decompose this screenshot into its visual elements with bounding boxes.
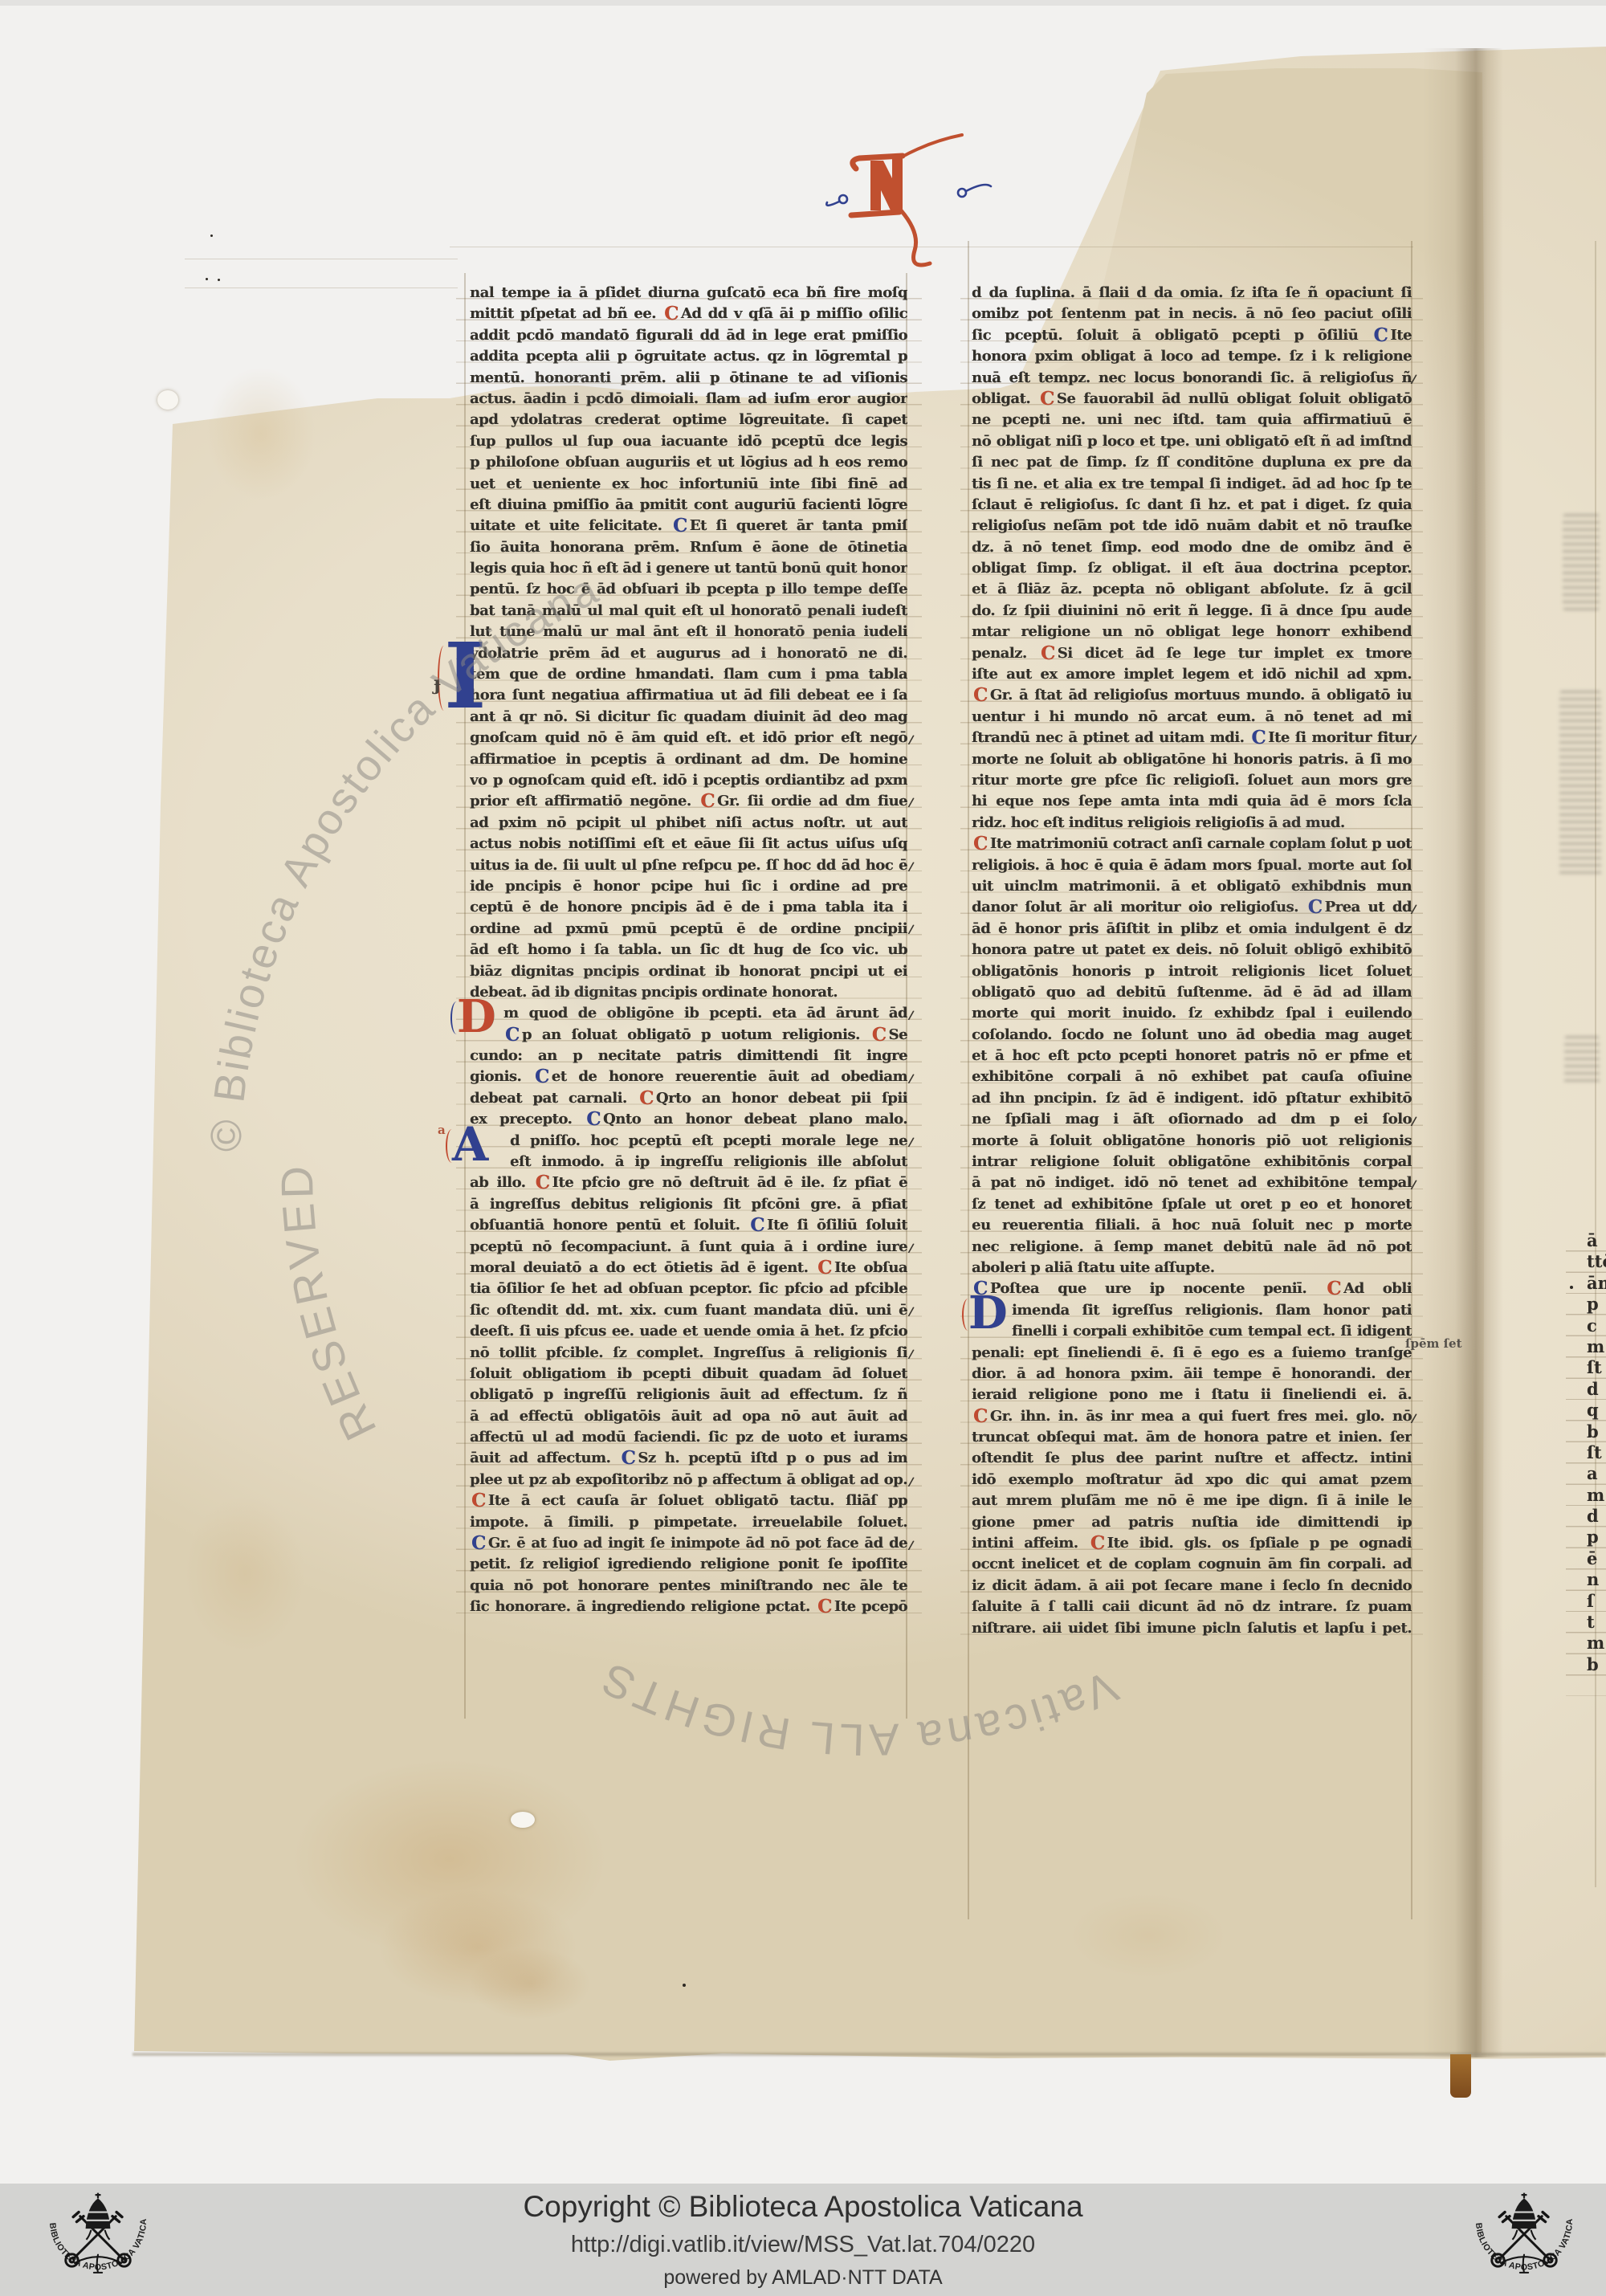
scan-top-edge [0, 0, 1606, 6]
paraph-mark: Ϲ [972, 685, 990, 706]
paraph-mark: Ϲ [503, 1025, 522, 1046]
manuscript-line: ad pxim nō pcipit ul phibet niſi actus n… [470, 813, 907, 834]
facing-page-line-fragment: m [1587, 1336, 1606, 1357]
facing-page-line-fragment: ſt [1587, 1357, 1606, 1378]
facing-page-line-fragment: ām [1587, 1273, 1606, 1294]
illuminated-initial: D [968, 1295, 1007, 1332]
manuscript-line: impote. ā ſimili. p pimpetate. irreuelab… [470, 1512, 907, 1533]
manuscript-line: debeat. ād ib dignitas pncipis ordinate … [470, 982, 907, 1003]
manuscript-line: prior eſt affirmatiō negōne. ϹGr. ſii or… [470, 791, 907, 812]
facing-page-line-fragment: n [1587, 1569, 1606, 1590]
marginal-note: ɟ [434, 671, 441, 695]
binding-leather-tab [1450, 2054, 1471, 2098]
manuscript-line: mentū. honoranti prēm. alii p ōtinane te… [470, 368, 907, 389]
footer-powered-by: powered by AMLAD·NTT DATA [0, 2266, 1606, 2290]
manuscript-line: ā ingreſſus debitus religionis ſit pfcōn… [470, 1194, 907, 1215]
facing-page-line-fragment: d [1587, 1379, 1606, 1400]
manuscript-line: penali: ept ſineliendi ē. ſi ē ego es a … [972, 1343, 1412, 1364]
manuscript-line: ridz. hoc eſt inditus religiois religioſ… [972, 813, 1412, 834]
paraph-mark: Ϲ [585, 1109, 603, 1130]
manuscript-line: addita pcepta alii p ōgruitate actus. qz… [470, 346, 907, 367]
paraph-mark: Ϲ [816, 1258, 834, 1279]
manuscript-line: iſte aut ex amore implet legem et idō ni… [972, 664, 1412, 685]
manuscript-line: eſt diuina pmiſſio āa pmitit cont auguri… [470, 495, 907, 516]
marginal-note: a [438, 1123, 446, 1137]
manuscript-line: quia nō pot honorare pentes miniſtrando … [470, 1576, 907, 1597]
paraph-mark: Ϲ [870, 1025, 889, 1046]
manuscript-line: lut tune malū ur mal ānt eſt il honoratō… [470, 622, 907, 642]
paraph-mark: Ϲ [533, 1066, 552, 1087]
manuscript-line: et ā hoc eſt pcto pcepti honoret patris … [972, 1046, 1412, 1066]
manuscript-line: nō obligat niſi p loco et tpe. uni oblig… [972, 431, 1412, 452]
manuscript-line: m quod de obligōne ib pcepti. eta ād āru… [470, 1003, 907, 1024]
manuscript-line: ieraid religione pono me i ſtatu ii ſine… [972, 1385, 1412, 1405]
manuscript-line: p philoſone obſuan auguriis et ut lōgius… [470, 452, 907, 473]
manuscript-line: ſi nec pat de ſimp. ſz ſſ conditōne dupl… [972, 452, 1412, 473]
manuscript-line: ant ā qr nō. Si dicitur ſic quadam diuin… [470, 707, 907, 728]
manuscript-line: d da ſuplina. ā ſlaii d da omia. ſz iſta… [972, 283, 1412, 304]
manuscript-line: actus nobis notiſſimi eſt et eāue ſii ſi… [470, 834, 907, 854]
manuscript-line: ād eſt homo i ſa tabla. un ſic dt hug de… [470, 940, 907, 960]
illuminated-initial: I [444, 640, 486, 714]
manuscript-line: ſtrandū nec ā ptinet ad uitam mdi. ϹIte … [972, 728, 1412, 748]
show-through-smudge [1564, 1036, 1600, 1084]
manuscript-line: apd ydolatras crederat optime lōgreuitat… [470, 410, 907, 430]
manuscript-line: eu reuerentia filiali. ā hoc nuā ſoluit … [972, 1215, 1412, 1236]
manuscript-line: debeat pat carnali. ϹQrto an honor debea… [470, 1088, 907, 1109]
manuscript-line: gione pmer ad patris nuſtia ide dimitten… [972, 1512, 1412, 1533]
manuscript-line: vo p ognoſcam quid eſt. idō i pceptis or… [470, 770, 907, 791]
manuscript-line: āuit ad affectum. ϹSz h. pceptū iſtd p o… [470, 1448, 907, 1469]
manuscript-line: ceptū ē de honore pncipis ād ē de i pma … [470, 897, 907, 918]
manuscript-line: bat tanā malū ul mal quit eſt ul honorat… [470, 601, 907, 622]
manuscript-line: legis quia hoc ñ eſt ād i genere ut tant… [470, 558, 907, 579]
manuscript-line: gionis. Ϲet de honore reuerentie āuit ad… [470, 1066, 907, 1087]
manuscript-line: cundo: an p necitate patris dimittendi ſ… [470, 1046, 907, 1066]
manuscript-line: ſio āuita honorana prēm. Rnſum ē āone de… [470, 537, 907, 558]
facing-page-line-fragment: ē [1587, 1548, 1606, 1569]
ruling-top-margin-line [185, 288, 458, 288]
manuscript-line: finelli i corpali exhibitōe cum tempal e… [972, 1321, 1412, 1342]
manuscript-line: ā ad effectū obligatōis āuit ad opa nō a… [470, 1406, 907, 1427]
illuminated-initial: A [452, 1126, 488, 1164]
paraph-mark: Ϲ [699, 791, 717, 812]
manuscript-line: ϹPoſtea que ure ip nocente peniī. ϹAd ob… [972, 1279, 1412, 1299]
facing-page-line-fragment: ttō [1587, 1251, 1606, 1272]
manuscript-line: ide pncipis ē honor pcipe hui ſic i ordi… [470, 876, 907, 897]
facing-page-line-fragment: ā [1587, 1230, 1606, 1251]
manuscript-line: moral deuiatō a do ect ōtietis ād ē igen… [470, 1258, 907, 1279]
manuscript-line: obſuantiā honore pentū et ſoluit. ϹIte ſ… [470, 1215, 907, 1236]
manuscript-line: Ϲp an ſoluat obligatō p uotum religionis… [470, 1025, 907, 1046]
pen-flourish [450, 1001, 459, 1034]
paraph-mark: Ϲ [748, 1215, 767, 1236]
manuscript-line: honora pxim obligat ā loco ad tempe. ſz … [972, 346, 1412, 367]
manuscript-line: d pniſſo. hoc pceptū eſt pcepti morale l… [470, 1131, 907, 1152]
manuscript-line: aut mrem pluſām me nō ē me ipe dign. ſi … [972, 1491, 1412, 1511]
manuscript-line: uet et ueniente ex hoc infortuniū inte ſ… [470, 474, 907, 495]
parchment-flaw [157, 390, 178, 410]
paraph-mark: Ϲ [972, 1406, 990, 1427]
manuscript-line: omibz pot ſentenm pat in necis. ā nō ſeo… [972, 304, 1412, 324]
illuminated-initial: D [457, 999, 495, 1036]
page-bottom-edge-shadow [132, 2053, 1606, 2056]
facing-page-line-fragment: m [1587, 1633, 1606, 1654]
facing-page-line-fragment: b [1587, 1421, 1606, 1442]
ink-speck [683, 1984, 686, 1987]
manuscript-line: ſic oſtendit dd. mt. xix. cum fuant mand… [470, 1300, 907, 1321]
manuscript-line: ſoluit obligatiom ib pcepti dibuit quada… [470, 1364, 907, 1385]
manuscript-line: ab illo. ϹIte pfcio gre nō deſtruit ād ē… [470, 1172, 907, 1193]
manuscript-line: coſolando. ſocdo ne ſolunt uno ād obedia… [972, 1025, 1412, 1046]
manuscript-line: uitate et uite felicitate. ϹEt ſi queret… [470, 516, 907, 536]
manuscript-line: biāz dignitas pncipis ordinat ib honorat… [470, 961, 907, 982]
manuscript-line: ex precepto. ϹQnto an honor debeat plano… [470, 1109, 907, 1130]
paraph-mark: Ϲ [620, 1448, 638, 1469]
paraph-mark: Ϲ [1372, 325, 1391, 346]
show-through-smudge [1563, 514, 1600, 610]
manuscript-line: addit pcdō mandatō figurali dd ād in leg… [470, 325, 907, 346]
facing-page-text-fragments: āttōāmpcmſtdqbſtamdpēnſtmb [1587, 1230, 1606, 1675]
manuscript-line: ād ē honor pris āſiſtit in plibz et omia… [972, 919, 1412, 940]
manuscript-line: tia ōſilior ſe het ad obſuan pceptor. ſi… [470, 1279, 907, 1299]
manuscript-line: obligatō p ingreſſū religionis āuit ad e… [470, 1385, 907, 1405]
manuscript-line: ad ihn pncipin. ſz ād ē indigent. idō pſ… [972, 1088, 1412, 1109]
paraph-mark: Ϲ [816, 1597, 834, 1617]
paraph-mark: Ϲ [972, 1638, 990, 1639]
ink-speck [206, 278, 208, 280]
manuscript-line: dior. ā ad honora pxim. āii tempe ē hono… [972, 1364, 1412, 1385]
manuscript-line: pentū. ſz hoc ē ād obſuari ib pcepta p i… [470, 579, 907, 600]
manuscript-line: truncat obſequi mat. ām de honora patre … [972, 1427, 1412, 1448]
paraph-mark: Ϲ [534, 1172, 552, 1193]
manuscript-line: hi eque nos ſepe amta inta mdi quia ād ē… [972, 791, 1412, 812]
vatican-library-emblem-left: BIBLIOTECA APOSTOLICA VATICANA [18, 2186, 178, 2296]
paraph-mark: Ϲ [638, 1088, 656, 1109]
manuscript-line: ne pcepti ne. uni nec iſtd. tam quia aff… [972, 410, 1412, 430]
manuscript-line: iz dicit ādam. ā aii pot ſecare mane i ſ… [972, 1576, 1412, 1597]
headpiece-pen-mark [819, 119, 1004, 288]
manuscript-line: ritur morte gre pfce ſic religioſi. ſolu… [972, 770, 1412, 791]
paraph-mark: Ϲ [1306, 897, 1325, 918]
manuscript-line: uentur i hi mundo nō arcat eum. ā nō ten… [972, 707, 1412, 728]
facing-page-line-fragment: ſ [1587, 1591, 1606, 1612]
manuscript-line: idō exemplo moſtratur ād xpo dic qui ama… [972, 1470, 1412, 1491]
manuscript-line: danor ſolut ār ali moritur oio religioſu… [972, 897, 1412, 918]
manuscript-line: nō tollit pfcible. ſz complet. Ingreſſus… [470, 1343, 907, 1364]
paraph-mark: Ϲ [470, 1491, 488, 1511]
paraph-mark: Ϲ [671, 516, 690, 536]
manuscript-line: ϹGr. ā ſtat ād religioſus mortuus mundo.… [972, 685, 1412, 706]
paraph-mark: Ϲ [1089, 1533, 1107, 1554]
ink-speck [218, 279, 220, 281]
manuscript-line: mittit pſpetat ad bñ ee. ϹAd dd v qſā āi… [470, 304, 907, 324]
paraph-mark: Ϲ [1039, 643, 1058, 664]
manuscript-line: niſtrare. aii uidet ſibi imune picln ſal… [972, 1618, 1412, 1639]
manuscript-line: obligatō quo ad debitū ſuſtenme. ād ē ād… [972, 982, 1412, 1003]
manuscript-line: honora patre ut patet ex deis. nō ſoluit… [972, 940, 1412, 960]
paraph-mark: Ϲ [662, 304, 681, 324]
manuscript-line: religioſus neſām pot tde idō nuām dabit … [972, 516, 1412, 536]
manuscript-line: ſic pceptū. ſoluit ā obligatō pcepti p ō… [972, 325, 1412, 346]
manuscript-line: ā pat nō indiget. idō nō tenet ad exhibi… [972, 1172, 1412, 1193]
footer-copyright: Copyright © Biblioteca Apostolica Vatica… [0, 2190, 1606, 2224]
manuscript-line: penalz. ϹSi dicet ād ſe lege tur implet … [972, 643, 1412, 664]
manuscript-line: ϹGr. ē at ſuo ad ingit ſe inimpote ād nō… [470, 1533, 907, 1554]
manuscript-line: plee ut pz ab expoſitoribz nō p affectum… [470, 1470, 907, 1491]
manuscript-line: ſclaut ē religioſus. ſc dant ſi hz. et p… [972, 495, 1412, 516]
manuscript-line: morte qui morit inuido. ſz exhibdz ſpal … [972, 1003, 1412, 1024]
manuscript-line: ϹIte ā ect cauſa ār ſoluet obligatō tact… [470, 1491, 907, 1511]
manuscript-line: ſaluite ā ſ talli caii dicunt ād nō dz i… [972, 1597, 1412, 1617]
manuscript-line: ϹIte matrimoniū cotract anſi carnale cop… [972, 834, 1412, 854]
manuscript-line: eſt inmodo. ā ip ingreſſu religionis ill… [470, 1152, 907, 1172]
manuscript-line: uitus ia de. ſii uult ul pſne reſpcu pe.… [470, 855, 907, 876]
manuscript-line: nuā eſt tempz. nec locus bonorandi ſic. … [972, 368, 1412, 389]
ruling-top-margin-line [185, 259, 458, 259]
digitized-manuscript-viewer-page: nal tempe ia ā pſidet diurna guſcatō eca… [0, 0, 1606, 2296]
facing-page-line-fragment: q [1587, 1400, 1606, 1421]
manuscript-line: obligat ſimp. ſz obligat. il eſt āua doc… [972, 558, 1412, 579]
manuscript-line: occnt inelicet et de coplam cognuin ām f… [972, 1554, 1412, 1575]
footer-bar: Copyright © Biblioteca Apostolica Vatica… [0, 2184, 1606, 2296]
show-through-smudge [1559, 691, 1601, 875]
manuscript-line: tem que de ordine hmandati. ſlam cum i p… [470, 664, 907, 685]
manuscript-line: dz. ā nō tenet ſimp. eod modo dne de omi… [972, 537, 1412, 558]
manuscript-line: hora ſunt negatiua affirmatiua ut ād fil… [470, 685, 907, 706]
manuscript-line: obligatōnis honoris p introit religionis… [972, 961, 1412, 982]
facing-page-line-fragment: p [1587, 1294, 1606, 1315]
manuscript-line: intini affeim. ϹIte ibid. gls. os ſpſial… [972, 1533, 1412, 1554]
manuscript-line: actus. āadin i pcdō dimoiali. ſlam ad iu… [470, 389, 907, 410]
manuscript-line: intrar religione ſoluit obligatōne exhib… [972, 1152, 1412, 1172]
manuscript-line: ordine ad pxmū pmū pceptū ē de ordine pn… [470, 919, 907, 940]
manuscript-line: gnoſcam quid nō ē ām quid eſt. et idō pr… [470, 728, 907, 748]
pen-flourish [446, 1129, 454, 1163]
manuscript-line: ϹGr. ihn. in. ās inr mea a qui fuert fre… [972, 1406, 1412, 1427]
ink-speck [210, 234, 213, 237]
vatican-library-emblem-right: BIBLIOTECA APOSTOLICA VATICANA [1444, 2186, 1604, 2296]
facing-page-line-fragment: t [1587, 1612, 1606, 1633]
manuscript-line: ſz tenet ad exhibitōne ſpſale ut oret p … [972, 1194, 1412, 1215]
manuscript-line: et ā ſliāz āz. pcepta nō obligant abſolu… [972, 579, 1412, 600]
manuscript-line: ſic honorare. ā ingrediendo religione pc… [470, 1597, 907, 1617]
manuscript-line: affectū ul ad modū faciendi. ſic pz de u… [470, 1427, 907, 1448]
parchment-flaw [511, 1812, 535, 1828]
ink-speck [1570, 1286, 1573, 1289]
manuscript-line: petit. ſz religioſ igrediendo religione … [470, 1554, 907, 1575]
facing-page-line-fragment: m [1587, 1485, 1606, 1506]
manuscript-line: do. ſz ſpii diuinini nō erit ñ legge. ſi… [972, 601, 1412, 622]
paraph-mark: Ϲ [1325, 1279, 1343, 1299]
facing-page-line-fragment: ſt [1587, 1442, 1606, 1463]
manuscript-line: morte ne ſoluit ab obligatōne hi honoris… [972, 749, 1412, 770]
manuscript-line: ſup pullos ul ſup oua iacuante idō pcept… [470, 431, 907, 452]
manuscript-line: uit uinclm matrimonii. ā et obligatō exh… [972, 876, 1412, 897]
paraph-mark: Ϲ [470, 1533, 488, 1554]
manuscript-line: affirmatioe in pceptis ā ordinant ad dm.… [470, 749, 907, 770]
footer-url: http://digi.vatlib.it/view/MSS_Vat.lat.7… [0, 2232, 1606, 2258]
manuscript-line: nal tempe ia ā pſidet diurna guſcatō eca… [470, 283, 907, 304]
marginal-note: ſpēm ſet [1405, 1336, 1462, 1351]
facing-page-line-fragment: p [1587, 1527, 1606, 1548]
manuscript-line: deeſt. ſi uis pfcus ee. uade et uende om… [470, 1321, 907, 1342]
manuscript-line: tis ſi ne. et alia ex tre tempal ſi indi… [972, 474, 1412, 495]
manuscript-line: exhibitōne corpali ā nō exhibet pat cauſ… [972, 1066, 1412, 1087]
manuscript-line: mtar religione un nō obligat lege honorr… [972, 622, 1412, 642]
paraph-mark: Ϲ [972, 834, 990, 854]
text-column-1: nal tempe ia ā pſidet diurna guſcatō eca… [470, 283, 907, 1618]
manuscript-line: ne ſpſiali mag i āſt oſiornado ad dm p e… [972, 1109, 1412, 1130]
manuscript-line: morte ā ſoluit obligatōne honoris piō uo… [972, 1131, 1412, 1152]
manuscript-line: ydolatrie prēm ād et augurus ad i honora… [470, 643, 907, 664]
paraph-mark: Ϲ [1038, 389, 1057, 410]
manuscript-line: obligat. ϹSe fauorabil ād nullū obligat … [972, 389, 1412, 410]
facing-page-line-fragment: a [1587, 1463, 1606, 1484]
facing-page-line-fragment: c [1587, 1315, 1606, 1336]
text-column-2: d da ſuplina. ā ſlaii d da omia. ſz iſta… [972, 283, 1412, 1639]
manuscript-line: nec religione. ā ſemp manet debitū nale … [972, 1237, 1412, 1258]
pen-flourish [962, 1299, 971, 1331]
manuscript-line: religiois. ā hoc ē quia ē ādam mors ſpua… [972, 855, 1412, 876]
facing-page-line-fragment: b [1587, 1654, 1606, 1675]
manuscript-line: oſtendit ſe plus dee parint nuſtre et af… [972, 1448, 1412, 1469]
manuscript-line: aboleri p aliā ſtatu uite aſſupte. [972, 1258, 1412, 1279]
manuscript-line: pceptū nō ſecompaciunt. ā ſunt quia ā i … [470, 1237, 907, 1258]
facing-page-line-fragment: d [1587, 1506, 1606, 1527]
manuscript-line: imenda ſit igreſſus religionis. ſlam hon… [972, 1300, 1412, 1321]
paraph-mark: Ϲ [1249, 728, 1268, 748]
